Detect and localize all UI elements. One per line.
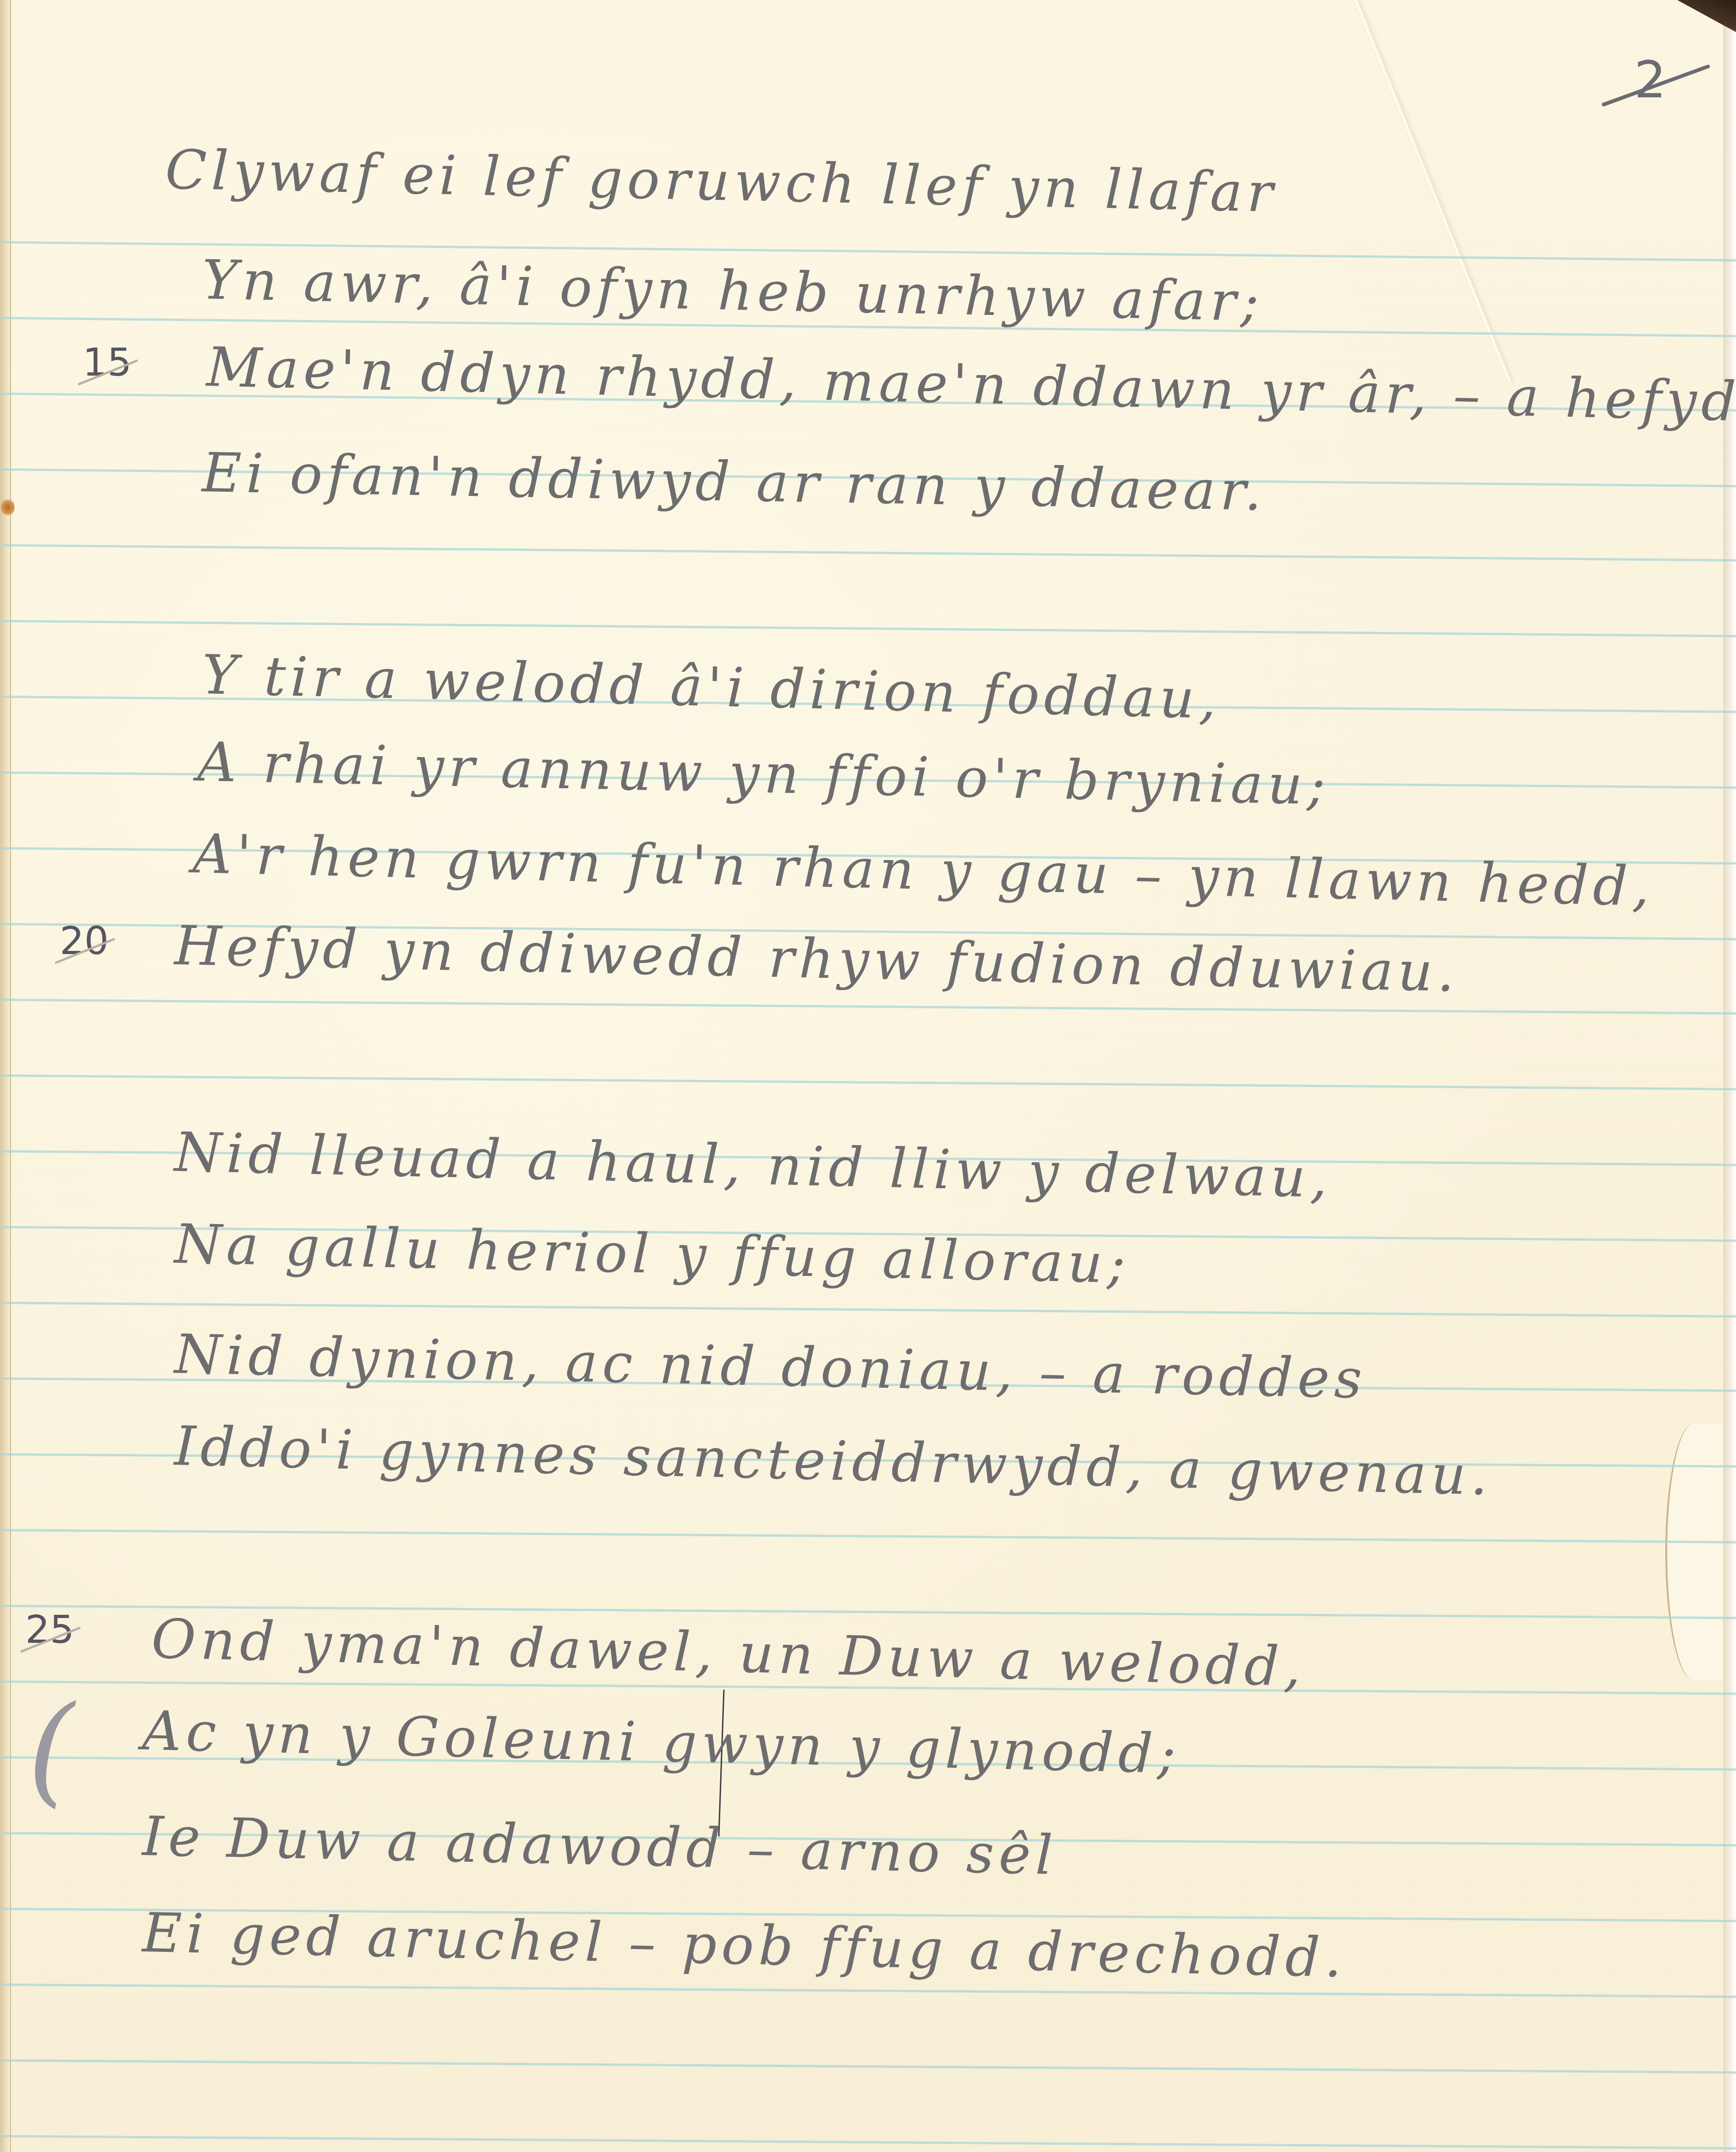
verse-line: Iddo'i gynnes sancteiddrwydd, a gwenau. bbox=[174, 1414, 1493, 1507]
verse-line: Ie Duw a adawodd – arno sêl bbox=[142, 1804, 1058, 1887]
verse-line: Nid lleuad a haul, nid lliw y delwau, bbox=[174, 1120, 1333, 1210]
verse-line: Ei ged aruchel – pob ffug a drechodd. bbox=[142, 1901, 1347, 1989]
ruled-line bbox=[0, 620, 1736, 637]
ruled-line bbox=[0, 544, 1736, 562]
verse-line: Clywaf ei lef goruwch llef yn llafar bbox=[165, 138, 1278, 225]
ruled-line bbox=[0, 1983, 1736, 1998]
verse-line: Hefyd yn ddiwedd rhyw fudion dduwiau. bbox=[174, 914, 1460, 1004]
ruled-line bbox=[0, 2059, 1736, 2073]
verse-line: Y tir a welodd â'i dirion foddau, bbox=[201, 643, 1221, 731]
verse-line: A rhai yr annuw yn ffoi o'r bryniau; bbox=[197, 730, 1331, 817]
ruled-line bbox=[0, 1074, 1736, 1090]
verse-line: Na gallu heriol y ffug allorau; bbox=[174, 1212, 1131, 1296]
ruled-line bbox=[0, 2135, 1736, 2149]
page-right-edge bbox=[1723, 0, 1736, 2152]
paper-crease bbox=[1354, 0, 1512, 383]
ruled-line bbox=[0, 1302, 1736, 1318]
verse-line: Nid dynion, ac nid doniau, – a roddes bbox=[174, 1322, 1367, 1410]
line-number: 15 bbox=[83, 340, 132, 385]
rust-stain bbox=[1, 498, 15, 517]
pencil-margin-mark: ( bbox=[28, 1680, 74, 1819]
line-number: 25 bbox=[25, 1607, 74, 1652]
verse-line: Ei ofan'n ddiwyd ar ran y ddaear. bbox=[202, 441, 1267, 523]
ruled-line bbox=[0, 1529, 1736, 1543]
ruled-line bbox=[0, 999, 1736, 1015]
manuscript-page: 2 Clywaf ei lef goruwch llef yn llafar Y… bbox=[0, 0, 1736, 2152]
verse-line: Ac yn y Goleuni gwyn y glynodd; bbox=[141, 1699, 1181, 1786]
line-number: 20 bbox=[60, 918, 109, 963]
paper-fold bbox=[1665, 1423, 1722, 1680]
verse-line: Mae'n ddyn rhydd, mae'n ddawn yr âr, – a… bbox=[206, 335, 1736, 433]
verse-line: A'r hen gwrn fu'n rhan y gau – yn llawn … bbox=[192, 822, 1655, 918]
page-number: 2 bbox=[1634, 51, 1666, 109]
